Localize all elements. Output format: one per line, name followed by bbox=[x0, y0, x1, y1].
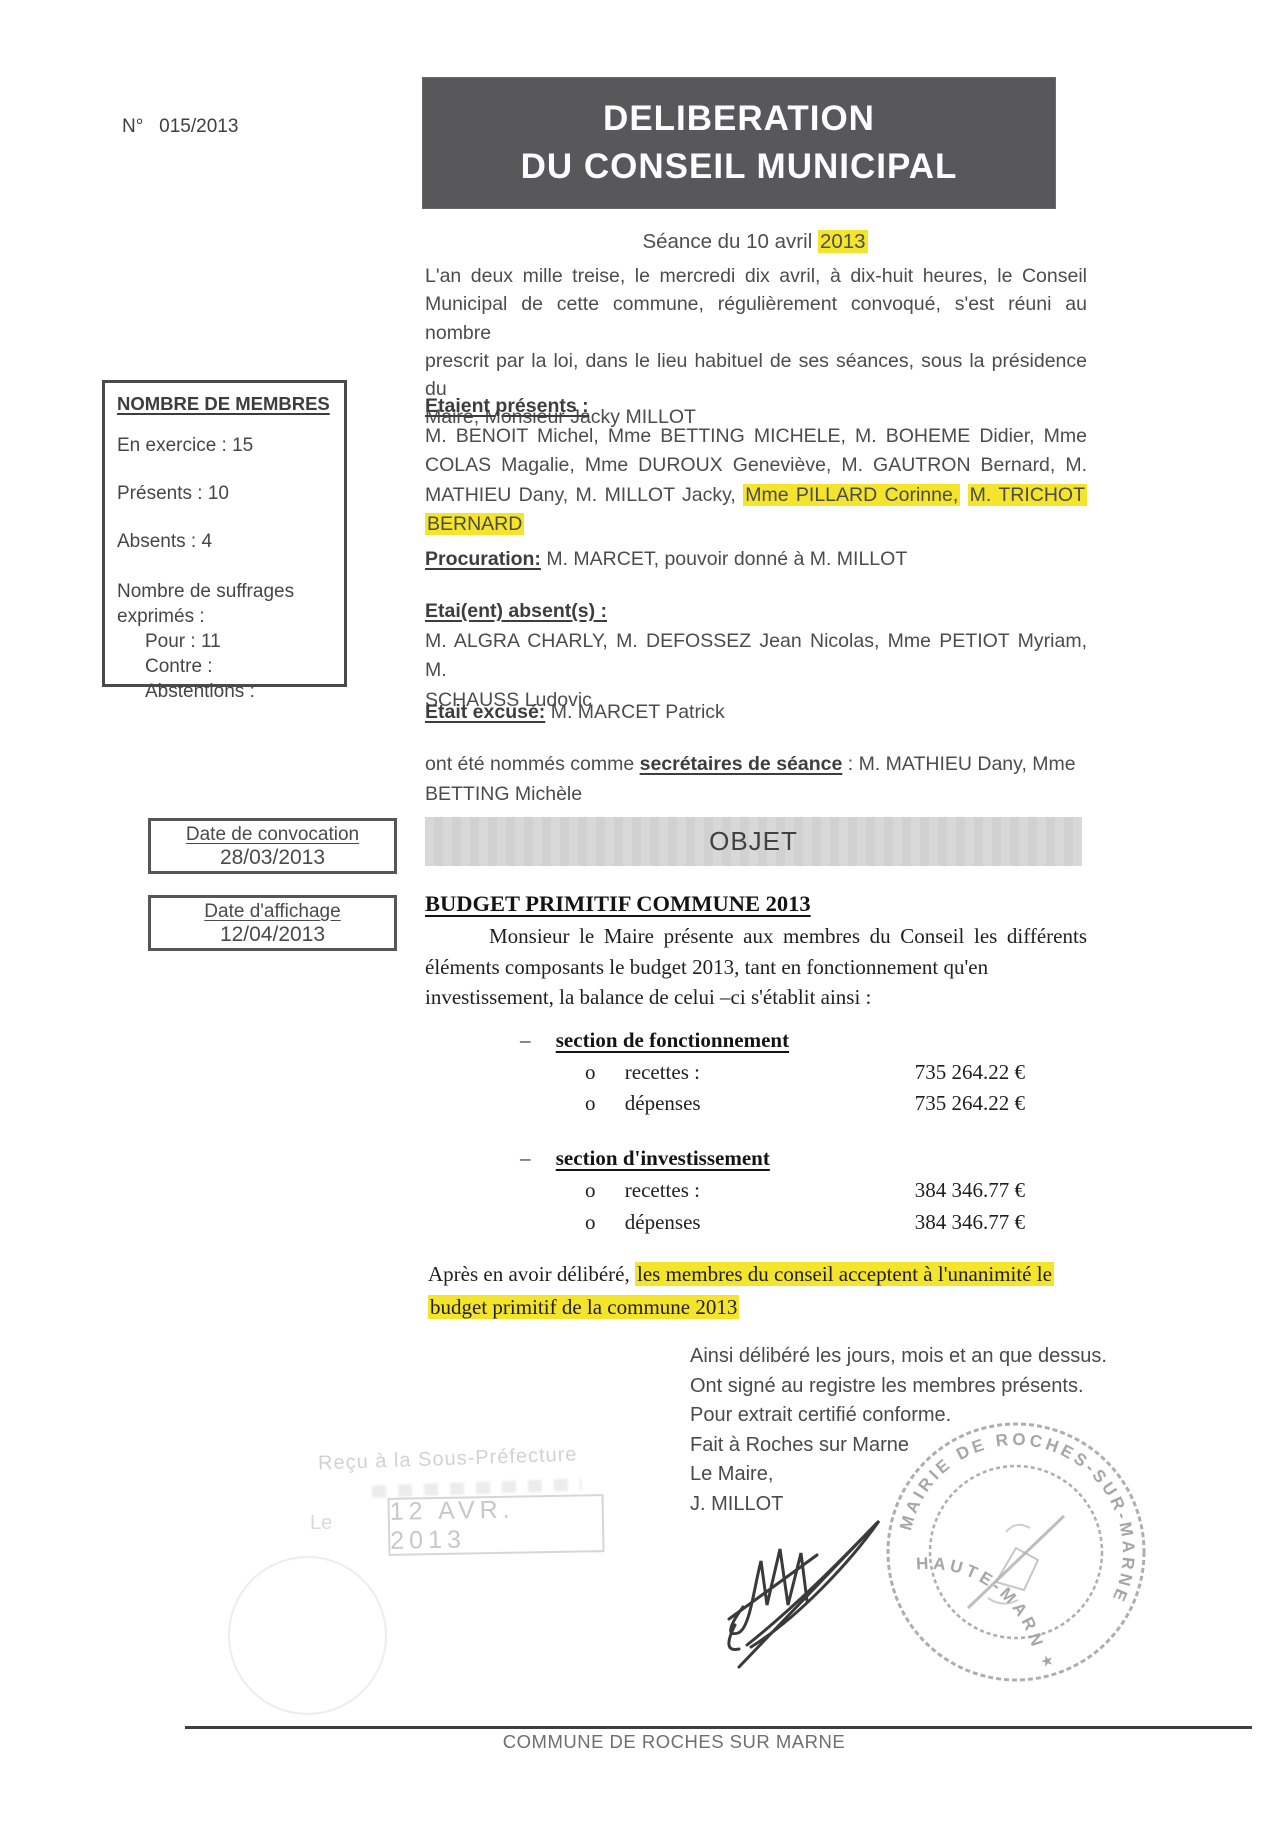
seance-text: Séance du 10 avril bbox=[642, 230, 818, 253]
highlight-pillard: Mme PILLARD Corinne, bbox=[743, 484, 960, 506]
suffrages-pour: Pour : 11 bbox=[145, 629, 344, 654]
highlight-trichot: M. TRICHOT bbox=[968, 484, 1087, 506]
budget-row: o dépenses 735 264.22 € bbox=[585, 1091, 1025, 1116]
presents-line: MATHIEU Dany, M. MILLOT Jacky, Mme PILLA… bbox=[425, 481, 1087, 511]
procuration-label: Procuration: bbox=[425, 548, 541, 570]
seance-line: Séance du 10 avril 2013 bbox=[425, 230, 1085, 254]
prefecture-stamp-le: Le bbox=[310, 1512, 332, 1535]
budget-row: o dépenses 384 346.77 € bbox=[585, 1210, 1025, 1235]
prefecture-stamp-line: Reçu à la Sous-Préfecture bbox=[318, 1443, 578, 1475]
budget-paragraph: Monsieur le Maire présente aux membres d… bbox=[425, 921, 1087, 1013]
excuse-text: M. MARCET Patrick bbox=[545, 701, 725, 723]
convocation-date: 28/03/2013 bbox=[151, 846, 394, 870]
convocation-label: Date de convocation bbox=[151, 824, 394, 846]
row-label: dépenses bbox=[625, 1210, 701, 1234]
row-value: 735 264.22 € bbox=[915, 1060, 1025, 1085]
row-value: 384 346.77 € bbox=[915, 1178, 1025, 1203]
membres-presents: Présents : 10 bbox=[117, 483, 344, 505]
budget-title: BUDGET PRIMITIF COMMUNE 2013 bbox=[425, 891, 811, 917]
secretaires-pre: ont été nommés comme bbox=[425, 753, 640, 775]
presents-heading: Etaient présents : bbox=[425, 392, 1087, 422]
membres-heading: NOMBRE DE MEMBRES bbox=[117, 393, 344, 415]
highlight-deliberation-2: budget primitif de la commune 2013 bbox=[428, 1295, 739, 1319]
suffrages-line: exprimés : bbox=[117, 604, 344, 629]
section-investissement: – section d'investissement bbox=[520, 1146, 770, 1171]
signature bbox=[695, 1495, 895, 1675]
secretaires-block: ont été nommés comme secrétaires de séan… bbox=[425, 750, 1087, 809]
absents-line: M. ALGRA CHARLY, M. DEFOSSEZ Jean Nicola… bbox=[425, 627, 1087, 686]
row-label: dépenses bbox=[625, 1091, 701, 1115]
row-label: recettes : bbox=[625, 1178, 700, 1202]
presents-line: BERNARD bbox=[425, 510, 1087, 540]
doc-number: N° 015/2013 bbox=[122, 116, 238, 138]
presents-line: M. BENOIT Michel, Mme BETTING MICHELE, M… bbox=[425, 422, 1087, 452]
row-value: 384 346.77 € bbox=[915, 1210, 1025, 1235]
affichage-date: 12/04/2013 bbox=[151, 923, 394, 947]
intro-line: Municipal de cette commune, régulièremen… bbox=[425, 290, 1087, 347]
secretaires-label: secrétaires de séance bbox=[640, 753, 843, 775]
row-label: recettes : bbox=[625, 1060, 700, 1084]
row-value: 735 264.22 € bbox=[915, 1091, 1025, 1116]
deliberation-pre: Après en avoir délibéré, bbox=[428, 1262, 635, 1286]
presents-line-text: MATHIEU Dany, M. MILLOT Jacky, bbox=[425, 484, 743, 506]
municipal-stamp-icon: MAIRIE DE ROCHES-SUR-MARNE HAUTE-MARNE ★ bbox=[876, 1412, 1156, 1692]
closing-line: Ont signé au registre les membres présen… bbox=[690, 1372, 1107, 1402]
dash: – bbox=[520, 1146, 531, 1170]
membres-absents: Absents : 4 bbox=[117, 531, 344, 553]
section-fonctionnement-heading: section de fonctionnement bbox=[556, 1028, 789, 1052]
footer-rule bbox=[185, 1726, 1252, 1729]
footer-text: COMMUNE DE ROCHES SUR MARNE bbox=[185, 1731, 1163, 1753]
presents-line: COLAS Magalie, Mme DUROUX Geneviève, M. … bbox=[425, 451, 1087, 481]
deliberation-paragraph: Après en avoir délibéré, les membres du … bbox=[428, 1258, 1118, 1324]
membres-box: NOMBRE DE MEMBRES En exercice : 15 Prése… bbox=[102, 380, 347, 687]
faint-stamp-circle bbox=[228, 1556, 387, 1715]
budget-row: o recettes : 384 346.77 € bbox=[585, 1178, 1025, 1203]
procuration-text: M. MARCET, pouvoir donné à M. MILLOT bbox=[541, 548, 907, 570]
suffrages-contre: Contre : bbox=[145, 654, 344, 679]
affichage-box: Date d'affichage 12/04/2013 bbox=[148, 895, 397, 951]
deliberation-line: budget primitif de la commune 2013 bbox=[428, 1291, 1118, 1324]
budget-title-text: BUDGET PRIMITIF COMMUNE 2013 bbox=[425, 891, 811, 916]
document-page: N° 015/2013 DELIBERATION DU CONSEIL MUNI… bbox=[0, 0, 1285, 1834]
membres-en-exercice: En exercice : 15 bbox=[117, 435, 344, 457]
budget-row: o recettes : 735 264.22 € bbox=[585, 1060, 1025, 1085]
highlight-bernard: BERNARD bbox=[425, 513, 524, 535]
section-investissement-heading: section d'investissement bbox=[556, 1146, 770, 1170]
secretaires-post: : M. MATHIEU Dany, Mme bbox=[842, 753, 1075, 775]
suffrages-abstentions: Abstentions : bbox=[145, 679, 344, 704]
dash: – bbox=[520, 1028, 531, 1052]
budget-para-line: investissement, la balance de celui –ci … bbox=[425, 982, 1087, 1013]
highlight-deliberation-1: les membres du conseil acceptent à l'una… bbox=[635, 1262, 1054, 1286]
prefecture-date-box: 12 AVR. 2013 bbox=[388, 1494, 605, 1556]
absents-heading: Etai(ent) absent(s) : bbox=[425, 597, 1087, 627]
excuse-line: Etait excusé: M. MARCET Patrick bbox=[425, 698, 1087, 728]
presents-block: Etaient présents : M. BENOIT Michel, Mme… bbox=[425, 392, 1087, 540]
objet-bar: OBJET bbox=[425, 817, 1082, 866]
budget-para-line: Monsieur le Maire présente aux membres d… bbox=[425, 921, 1087, 952]
budget-para-line: éléments composants le budget 2013, tant… bbox=[425, 952, 1087, 983]
intro-line: L'an deux mille treise, le mercredi dix … bbox=[425, 262, 1087, 290]
secretaires-line: BETTING Michèle bbox=[425, 780, 1087, 810]
bullet: o bbox=[585, 1210, 596, 1234]
affichage-label: Date d'affichage bbox=[151, 901, 394, 923]
title-banner: DELIBERATION DU CONSEIL MUNICIPAL bbox=[423, 78, 1055, 208]
bullet: o bbox=[585, 1178, 596, 1202]
section-fonctionnement: – section de fonctionnement bbox=[520, 1028, 789, 1053]
seance-year-highlight: 2013 bbox=[818, 230, 868, 253]
closing-line: Ainsi délibéré les jours, mois et an que… bbox=[690, 1342, 1107, 1372]
prefecture-date: 12 AVR. 2013 bbox=[390, 1494, 603, 1556]
secretaires-line: ont été nommés comme secrétaires de séan… bbox=[425, 750, 1087, 780]
bullet: o bbox=[585, 1091, 596, 1115]
bullet: o bbox=[585, 1060, 596, 1084]
stamp-star-icon: ★ bbox=[1038, 1651, 1056, 1671]
title-line-2: DU CONSEIL MUNICIPAL bbox=[521, 143, 958, 191]
suffrages-line: Nombre de suffrages bbox=[117, 579, 344, 604]
title-line-1: DELIBERATION bbox=[603, 95, 875, 143]
convocation-box: Date de convocation 28/03/2013 bbox=[148, 818, 397, 874]
objet-bar-label: OBJET bbox=[709, 826, 798, 857]
excuse-label: Etait excusé: bbox=[425, 701, 545, 723]
deliberation-line: Après en avoir délibéré, les membres du … bbox=[428, 1258, 1118, 1291]
procuration-line: Procuration: M. MARCET, pouvoir donné à … bbox=[425, 545, 1087, 575]
